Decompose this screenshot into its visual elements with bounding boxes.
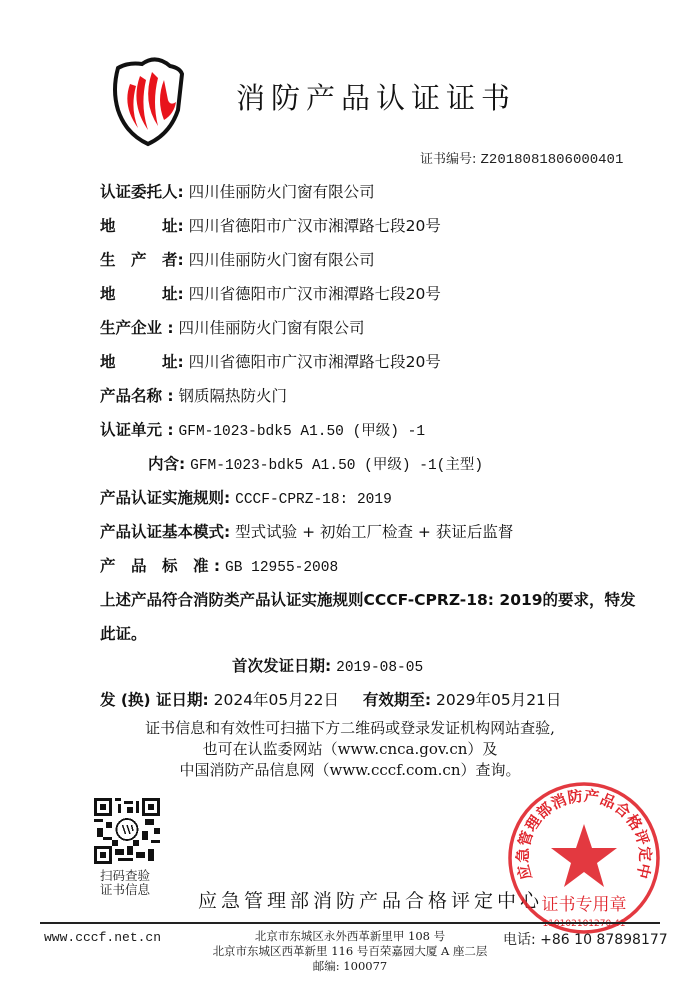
field-value: 钢质隔热防火门 xyxy=(179,387,288,405)
statement-line-1: 上述产品符合消防类产品认证实施规则CCCF-CPRZ-18: 2019的要求，特… xyxy=(100,588,636,610)
official-seal: 应急管理部消防产品合格评定中心 证书专用章 110102101270 41 xyxy=(504,778,664,938)
qr-caption-line-1: 扫码查验 xyxy=(100,869,150,883)
field-value: 四川佳丽防火门窗有限公司 xyxy=(189,183,375,201)
field-factory-address: 地 址: 四川省德阳市广汉市湘潭路七段20号 xyxy=(100,350,441,372)
first-issue-date: 首次发证日期: 2019-08-05 xyxy=(232,654,423,676)
field-standard: 产 品 标 准 : GB 12955-2008 xyxy=(100,554,338,576)
red-star-seal-icon: 应急管理部消防产品合格评定中心 证书专用章 110102101270 41 xyxy=(504,778,664,938)
field-label: 地 址: xyxy=(100,282,184,304)
certificate-number-label: 证书编号: xyxy=(420,152,476,167)
verify-line-3: 中国消防产品信息网（www.cccf.com.cn）查询。 xyxy=(0,759,700,780)
field-product-name: 产品名称 : 钢质隔热防火门 xyxy=(100,384,287,406)
first-issue-value: 2019-08-05 xyxy=(336,660,423,676)
field-factory: 生产企业 : 四川佳丽防火门窗有限公司 xyxy=(100,316,365,338)
field-value: GB 12955-2008 xyxy=(225,560,338,576)
field-cert-mode: 产品认证基本模式: 型式试验 + 初始工厂检查 + 获证后监督 xyxy=(100,520,513,542)
verify-line-1: 证书信息和有效性可扫描下方二维码或登录发证机构网站查验, xyxy=(0,717,700,738)
field-producer: 生 产 者: 四川佳丽防火门窗有限公司 xyxy=(100,248,375,270)
issue-date-label: 发 (换) 证日期: xyxy=(100,688,209,710)
certificate-number-value: Z2018081806000401 xyxy=(481,152,624,168)
qr-caption-line-2: 证书信息 xyxy=(100,883,150,897)
fire-shield-logo xyxy=(108,50,188,150)
field-value: 四川佳丽防火门窗有限公司 xyxy=(179,319,365,337)
qr-code[interactable] xyxy=(94,798,160,864)
field-label: 认证委托人: xyxy=(100,180,184,202)
field-producer-address: 地 址: 四川省德阳市广汉市湘潭路七段20号 xyxy=(100,282,441,304)
issue-date-value: 2024年05月22日 xyxy=(214,691,339,709)
footer-divider xyxy=(40,922,660,924)
field-label: 地 址: xyxy=(100,350,184,372)
fire-shield-icon xyxy=(108,50,188,150)
field-value: CCCF-CPRZ-18: 2019 xyxy=(235,492,392,508)
first-issue-label: 首次发证日期: xyxy=(232,654,331,676)
field-value: 四川省德阳市广汉市湘潭路七段20号 xyxy=(189,285,441,303)
field-label: 产品认证基本模式: xyxy=(100,520,230,542)
field-label: 地 址: xyxy=(100,214,184,236)
field-client: 认证委托人: 四川佳丽防火门窗有限公司 xyxy=(100,180,375,202)
footer-address-line-1: 北京市东城区永外西革新里甲 108 号 xyxy=(200,929,500,944)
field-label: 产品认证实施规则: xyxy=(100,486,230,508)
field-label: 产 品 标 准 : xyxy=(100,554,220,576)
field-client-address: 地 址: 四川省德阳市广汉市湘潭路七段20号 xyxy=(100,214,441,236)
field-value: 型式试验 + 初始工厂检查 + 获证后监督 xyxy=(235,523,513,541)
field-contains: 内含: GFM-1023-bdk5 A1.50 (甲级) -1(主型) xyxy=(148,452,483,474)
qr-caption: 扫码查验 证书信息 xyxy=(100,869,150,897)
field-value: GFM-1023-bdk5 A1.50 (甲级) -1(主型) xyxy=(190,458,483,474)
issuer-name: 应急管理部消防产品合格评定中心 xyxy=(198,886,543,913)
footer-phone: 电话: +86 10 87898177 xyxy=(503,929,668,949)
footer-postcode: 邮编: 100077 xyxy=(200,959,500,974)
field-impl-rule: 产品认证实施规则: CCCF-CPRZ-18: 2019 xyxy=(100,486,392,508)
qr-code-icon xyxy=(94,798,160,864)
field-value: GFM-1023-bdk5 A1.50 (甲级) -1 xyxy=(179,424,426,440)
valid-until-value: 2029年05月21日 xyxy=(436,691,561,709)
field-label: 生产企业 : xyxy=(100,316,174,338)
statement-line-2: 此证。 xyxy=(100,622,147,644)
footer-website[interactable]: www.cccf.net.cn xyxy=(44,930,161,945)
certificate-number: 证书编号: Z2018081806000401 xyxy=(420,148,623,168)
verify-line-2: 也可在认监委网站（www.cnca.gov.cn）及 xyxy=(0,738,700,759)
field-value: 四川佳丽防火门窗有限公司 xyxy=(189,251,375,269)
issue-date-row: 发 (换) 证日期: 2024年05月22日 有效期至: 2029年05月21日 xyxy=(100,688,561,710)
svg-text:证书专用章: 证书专用章 xyxy=(542,894,627,915)
field-label: 生 产 者: xyxy=(100,248,184,270)
field-value: 四川省德阳市广汉市湘潭路七段20号 xyxy=(189,217,441,235)
certificate-title: 消防产品认证证书 xyxy=(236,76,516,117)
field-cert-unit: 认证单元 : GFM-1023-bdk5 A1.50 (甲级) -1 xyxy=(100,418,425,440)
svg-text:110102101270 41: 110102101270 41 xyxy=(542,919,625,929)
footer-address-line-2: 北京市东城区西革新里 116 号百荣嘉园大厦 A 座二层 xyxy=(200,944,500,959)
field-label: 产品名称 : xyxy=(100,384,174,406)
field-label: 认证单元 : xyxy=(100,418,174,440)
valid-until-label: 有效期至: xyxy=(363,688,431,710)
field-label: 内含: xyxy=(148,452,185,474)
field-value: 四川省德阳市广汉市湘潭路七段20号 xyxy=(189,353,441,371)
footer-address: 北京市东城区永外西革新里甲 108 号 北京市东城区西革新里 116 号百荣嘉园… xyxy=(200,929,500,974)
